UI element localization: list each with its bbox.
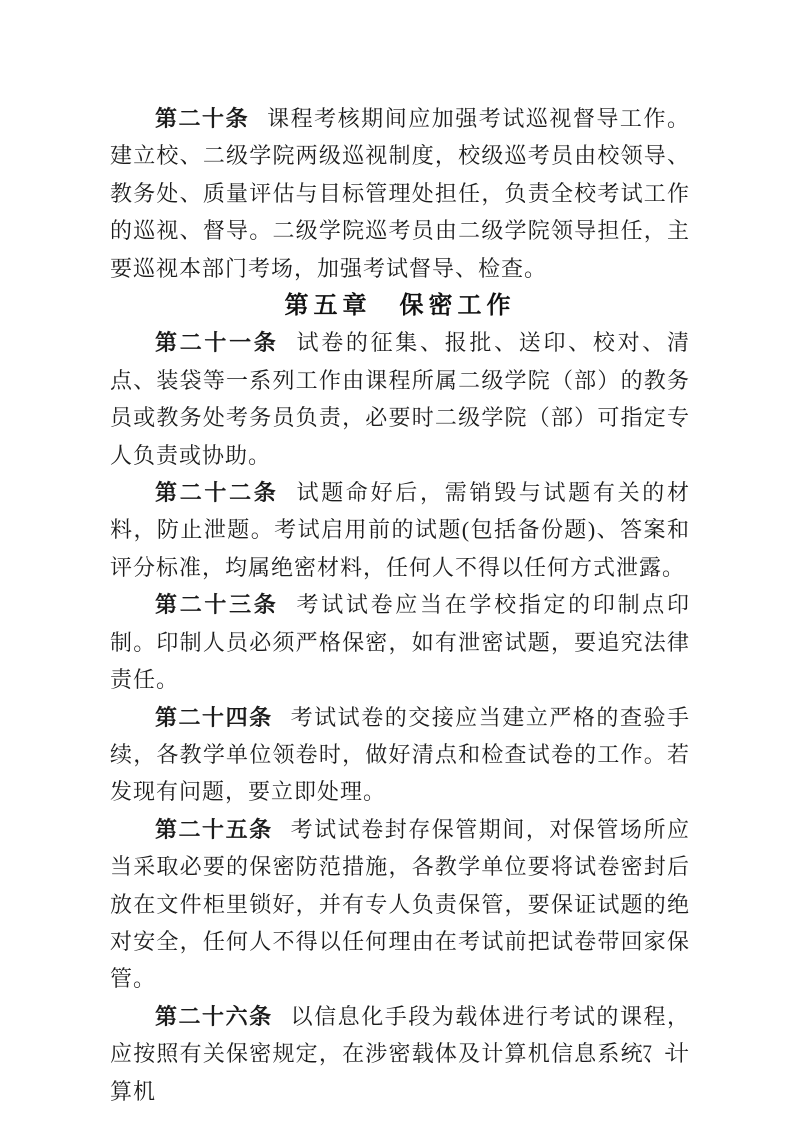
article-paragraph: 第二十一条试卷的征集、报批、送印、校对、清点、装袋等一系列工作由课程所属二级学院… bbox=[110, 324, 690, 474]
article-number: 第二十二条 bbox=[155, 480, 279, 505]
page-number: - 7 - bbox=[623, 1042, 675, 1064]
article-paragraph: 第二十四条考试试卷的交接应当建立严格的查验手续，各教学单位领卷时，做好清点和检查… bbox=[110, 699, 690, 811]
article-paragraph: 第二十六条以信息化手段为载体进行考试的课程，应按照有关保密规定，在涉密载体及计算… bbox=[110, 998, 690, 1110]
article-number: 第二十六条 bbox=[155, 1004, 273, 1029]
article-number: 第二十五条 bbox=[155, 817, 273, 842]
document-page: 第二十条课程考核期间应加强考试巡视督导工作。建立校、二级学院两级巡视制度，校级巡… bbox=[0, 0, 793, 1122]
article-text: 考试试卷封存保管期间，对保管场所应当采取必要的保密防范措施，各教学单位要将试卷密… bbox=[110, 817, 690, 992]
article-number: 第二十四条 bbox=[155, 705, 273, 730]
chapter-title: 保密工作 bbox=[400, 292, 516, 319]
article-paragraph: 第二十三条考试试卷应当在学校指定的印制点印制。印制人员必须严格保密，如有泄密试题… bbox=[110, 586, 690, 698]
article-paragraph: 第二十条课程考核期间应加强考试巡视督导工作。建立校、二级学院两级巡视制度，校级巡… bbox=[110, 100, 690, 287]
article-text: 课程考核期间应加强考试巡视督导工作。建立校、二级学院两级巡视制度，校级巡考员由校… bbox=[110, 106, 690, 281]
chapter-number: 第五章 bbox=[285, 292, 372, 319]
document-body: 第二十条课程考核期间应加强考试巡视督导工作。建立校、二级学院两级巡视制度，校级巡… bbox=[110, 100, 690, 1110]
article-number: 第二十条 bbox=[155, 106, 249, 131]
article-number: 第二十三条 bbox=[155, 592, 279, 617]
article-paragraph: 第二十五条考试试卷封存保管期间，对保管场所应当采取必要的保密防范措施，各教学单位… bbox=[110, 811, 690, 998]
article-paragraph: 第二十二条试题命好后，需销毁与试题有关的材料，防止泄题。考试启用前的试题(包括备… bbox=[110, 474, 690, 586]
article-number: 第二十一条 bbox=[155, 330, 279, 355]
chapter-heading: 第五章保密工作 bbox=[110, 287, 690, 324]
